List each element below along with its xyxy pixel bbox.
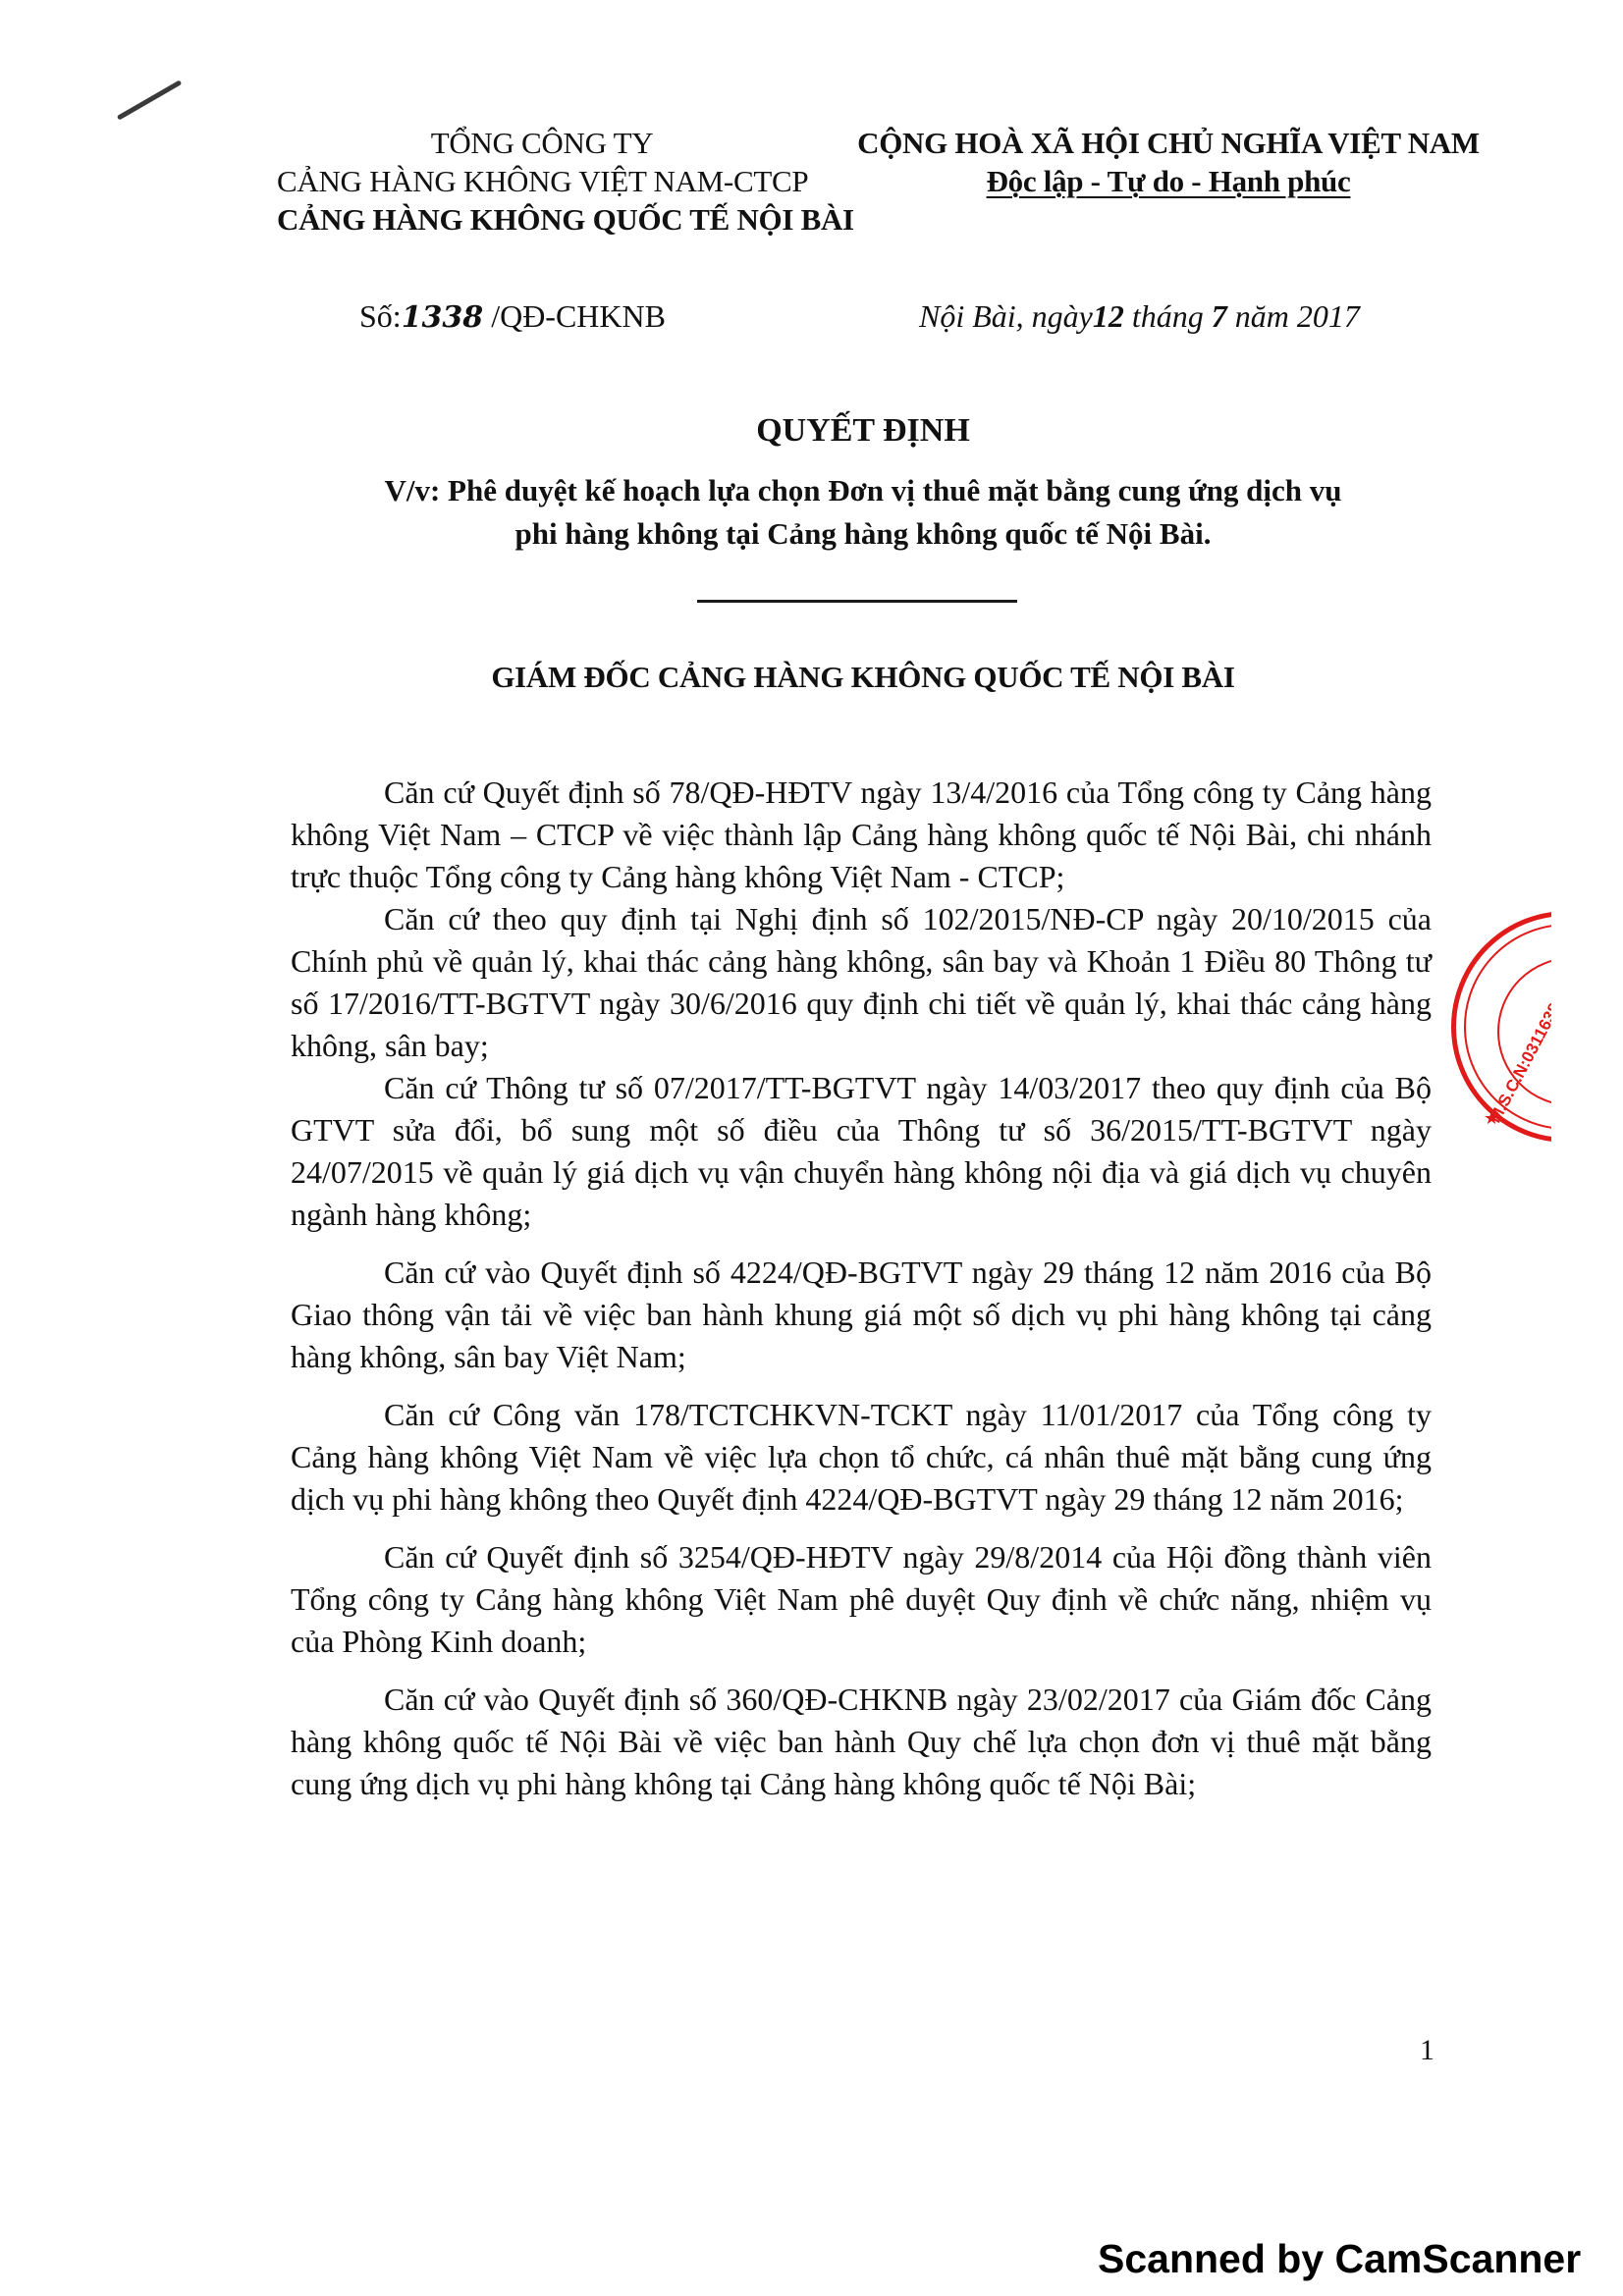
document-body: Căn cứ Quyết định số 78/QĐ-HĐTV ngày 13/… <box>291 772 1432 1805</box>
document-date: Nội Bài, ngày12 tháng 7 năm 2017 <box>919 298 1360 335</box>
stamp-outer-ring: M.S.C.N:031163852 ★ <box>1451 911 1551 1143</box>
pen-mark <box>117 80 183 120</box>
handwritten-month: 7 <box>1212 298 1227 334</box>
official-stamp: M.S.C.N:031163852 ★ <box>1451 911 1551 1150</box>
handwritten-day: 12 <box>1093 298 1124 334</box>
paragraph: Căn cứ Quyết định số 3254/QĐ-HĐTV ngày 2… <box>291 1536 1432 1663</box>
star-icon: ★ <box>1484 1108 1499 1129</box>
issuing-organization: CẢNG HÀNG KHÔNG QUỐC TẾ NỘI BÀI <box>277 200 807 239</box>
separator-line <box>697 600 1017 603</box>
page-number: 1 <box>1420 2034 1434 2067</box>
document-subject: V/v: Phê duyệt kế hoạch lựa chọn Đơn vị … <box>0 469 1623 556</box>
stamp-text: M.S.C.N:031163852 <box>1486 984 1551 1126</box>
paragraph: Căn cứ Công văn 178/TCTCHKVN-TCKT ngày 1… <box>291 1394 1432 1521</box>
paragraph: Căn cứ vào Quyết định số 360/QĐ-CHKNB ng… <box>291 1679 1432 1805</box>
organization-header: TỔNG CÔNG TY CẢNG HÀNG KHÔNG VIỆT NAM-CT… <box>277 124 807 239</box>
paragraph: Căn cứ Quyết định số 78/QĐ-HĐTV ngày 13/… <box>291 772 1432 898</box>
paragraph: Căn cứ theo quy định tại Nghị định số 10… <box>291 898 1432 1067</box>
national-title: CỘNG HOÀ XÃ HỘI CHỦ NGHĨA VIỆT NAM <box>844 124 1492 162</box>
document-number: Số:1338 /QĐ-CHKNB <box>359 298 666 335</box>
parent-company-full: CẢNG HÀNG KHÔNG VIỆT NAM-CTCP <box>277 162 807 200</box>
stamp-inner-ring <box>1497 957 1551 1106</box>
scanner-watermark: Scanned by CamScanner <box>1098 2236 1581 2282</box>
national-header: CỘNG HOÀ XÃ HỘI CHỦ NGHĨA VIỆT NAM Độc l… <box>844 124 1492 200</box>
paragraph: Căn cứ vào Quyết định số 4224/QĐ-BGTVT n… <box>291 1252 1432 1378</box>
paragraph: Căn cứ Thông tư số 07/2017/TT-BGTVT ngày… <box>291 1067 1432 1236</box>
national-motto: Độc lập - Tự do - Hạnh phúc <box>987 164 1351 198</box>
document-title: QUYẾT ĐỊNH <box>0 412 1623 450</box>
parent-company: TỔNG CÔNG TY <box>277 124 807 162</box>
issuing-authority: GIÁM ĐỐC CẢNG HÀNG KHÔNG QUỐC TẾ NỘI BÀI <box>0 660 1623 695</box>
handwritten-number: 1338 <box>402 300 484 335</box>
